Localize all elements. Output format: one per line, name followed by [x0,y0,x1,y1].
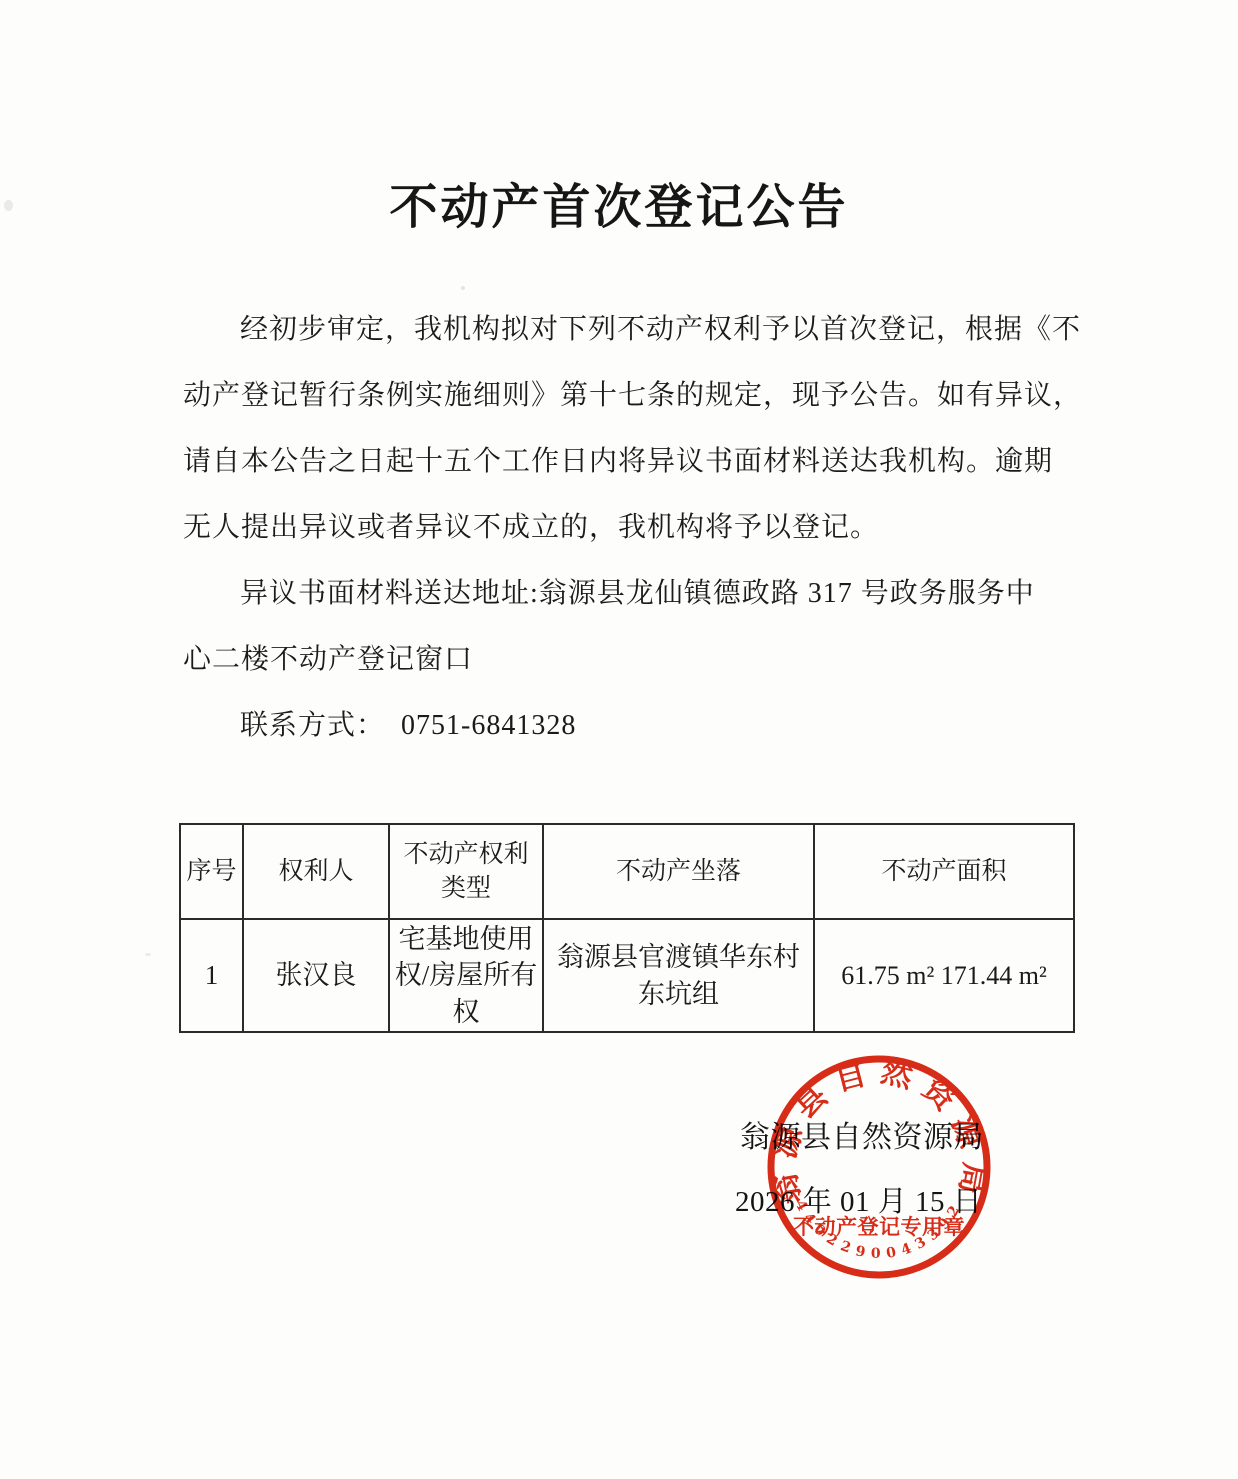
scan-speck [145,953,151,956]
registration-table: 序号 权利人 不动产权利类型 不动产坐落 不动产面积 1 张汉良 宅基地使用权/… [179,823,1075,1033]
cell-holder: 张汉良 [243,919,389,1032]
document-page: 不动产首次登记公告 经初步审定，我机构拟对下列不动产权利予以首次登记，根据《不 … [0,0,1238,1479]
document-title: 不动产首次登记公告 [0,168,1238,237]
body-line: 经初步审定，我机构拟对下列不动产权利予以首次登记，根据《不 [183,297,1103,363]
body-line-contact: 联系方式： 0751-6841328 [183,693,1103,759]
col-header-type: 不动产权利类型 [389,824,543,919]
scan-speck [4,200,13,211]
body-line: 无人提出异议或者异议不成立的，我机构将予以登记。 [183,495,1103,561]
col-header-area: 不动产面积 [814,824,1074,919]
seal-center-text: 不动产登记专用章 [793,1215,965,1239]
col-header-location: 不动产坐落 [543,824,814,919]
body-line: 请自本公告之日起十五个工作日内将异议书面材料送达我机构。逾期 [183,429,1103,495]
col-header-holder: 权利人 [243,824,389,919]
body-line-address: 心二楼不动产登记窗口 [183,627,1103,693]
cell-type: 宅基地使用权/房屋所有权 [389,919,543,1032]
scan-speck [461,286,465,290]
col-header-seq: 序号 [180,824,243,919]
cell-area: 61.75 m² 171.44 m² [814,919,1074,1032]
table-row: 1 张汉良 宅基地使用权/房屋所有权 翁源县官渡镇华东村东坑组 61.75 m²… [180,919,1074,1032]
seal-arc-text: 翁源县自然资源局 [765,1053,993,1208]
body-line-address: 异议书面材料送达地址:翁源县龙仙镇德政路 317 号政务服务中 [183,561,1103,627]
cell-location: 翁源县官渡镇华东村东坑组 [543,919,814,1032]
body-paragraphs: 经初步审定，我机构拟对下列不动产权利予以首次登记，根据《不 动产登记暂行条例实施… [183,297,1103,759]
body-line: 动产登记暂行条例实施细则》第十七条的规定，现予公告。如有异议， [183,363,1103,429]
table-header-row: 序号 权利人 不动产权利类型 不动产坐落 不动产面积 [180,824,1074,919]
official-seal: 翁源县自然资源局 4402290043392 不动产登记专用章 [760,1048,998,1286]
cell-seq: 1 [180,919,243,1032]
